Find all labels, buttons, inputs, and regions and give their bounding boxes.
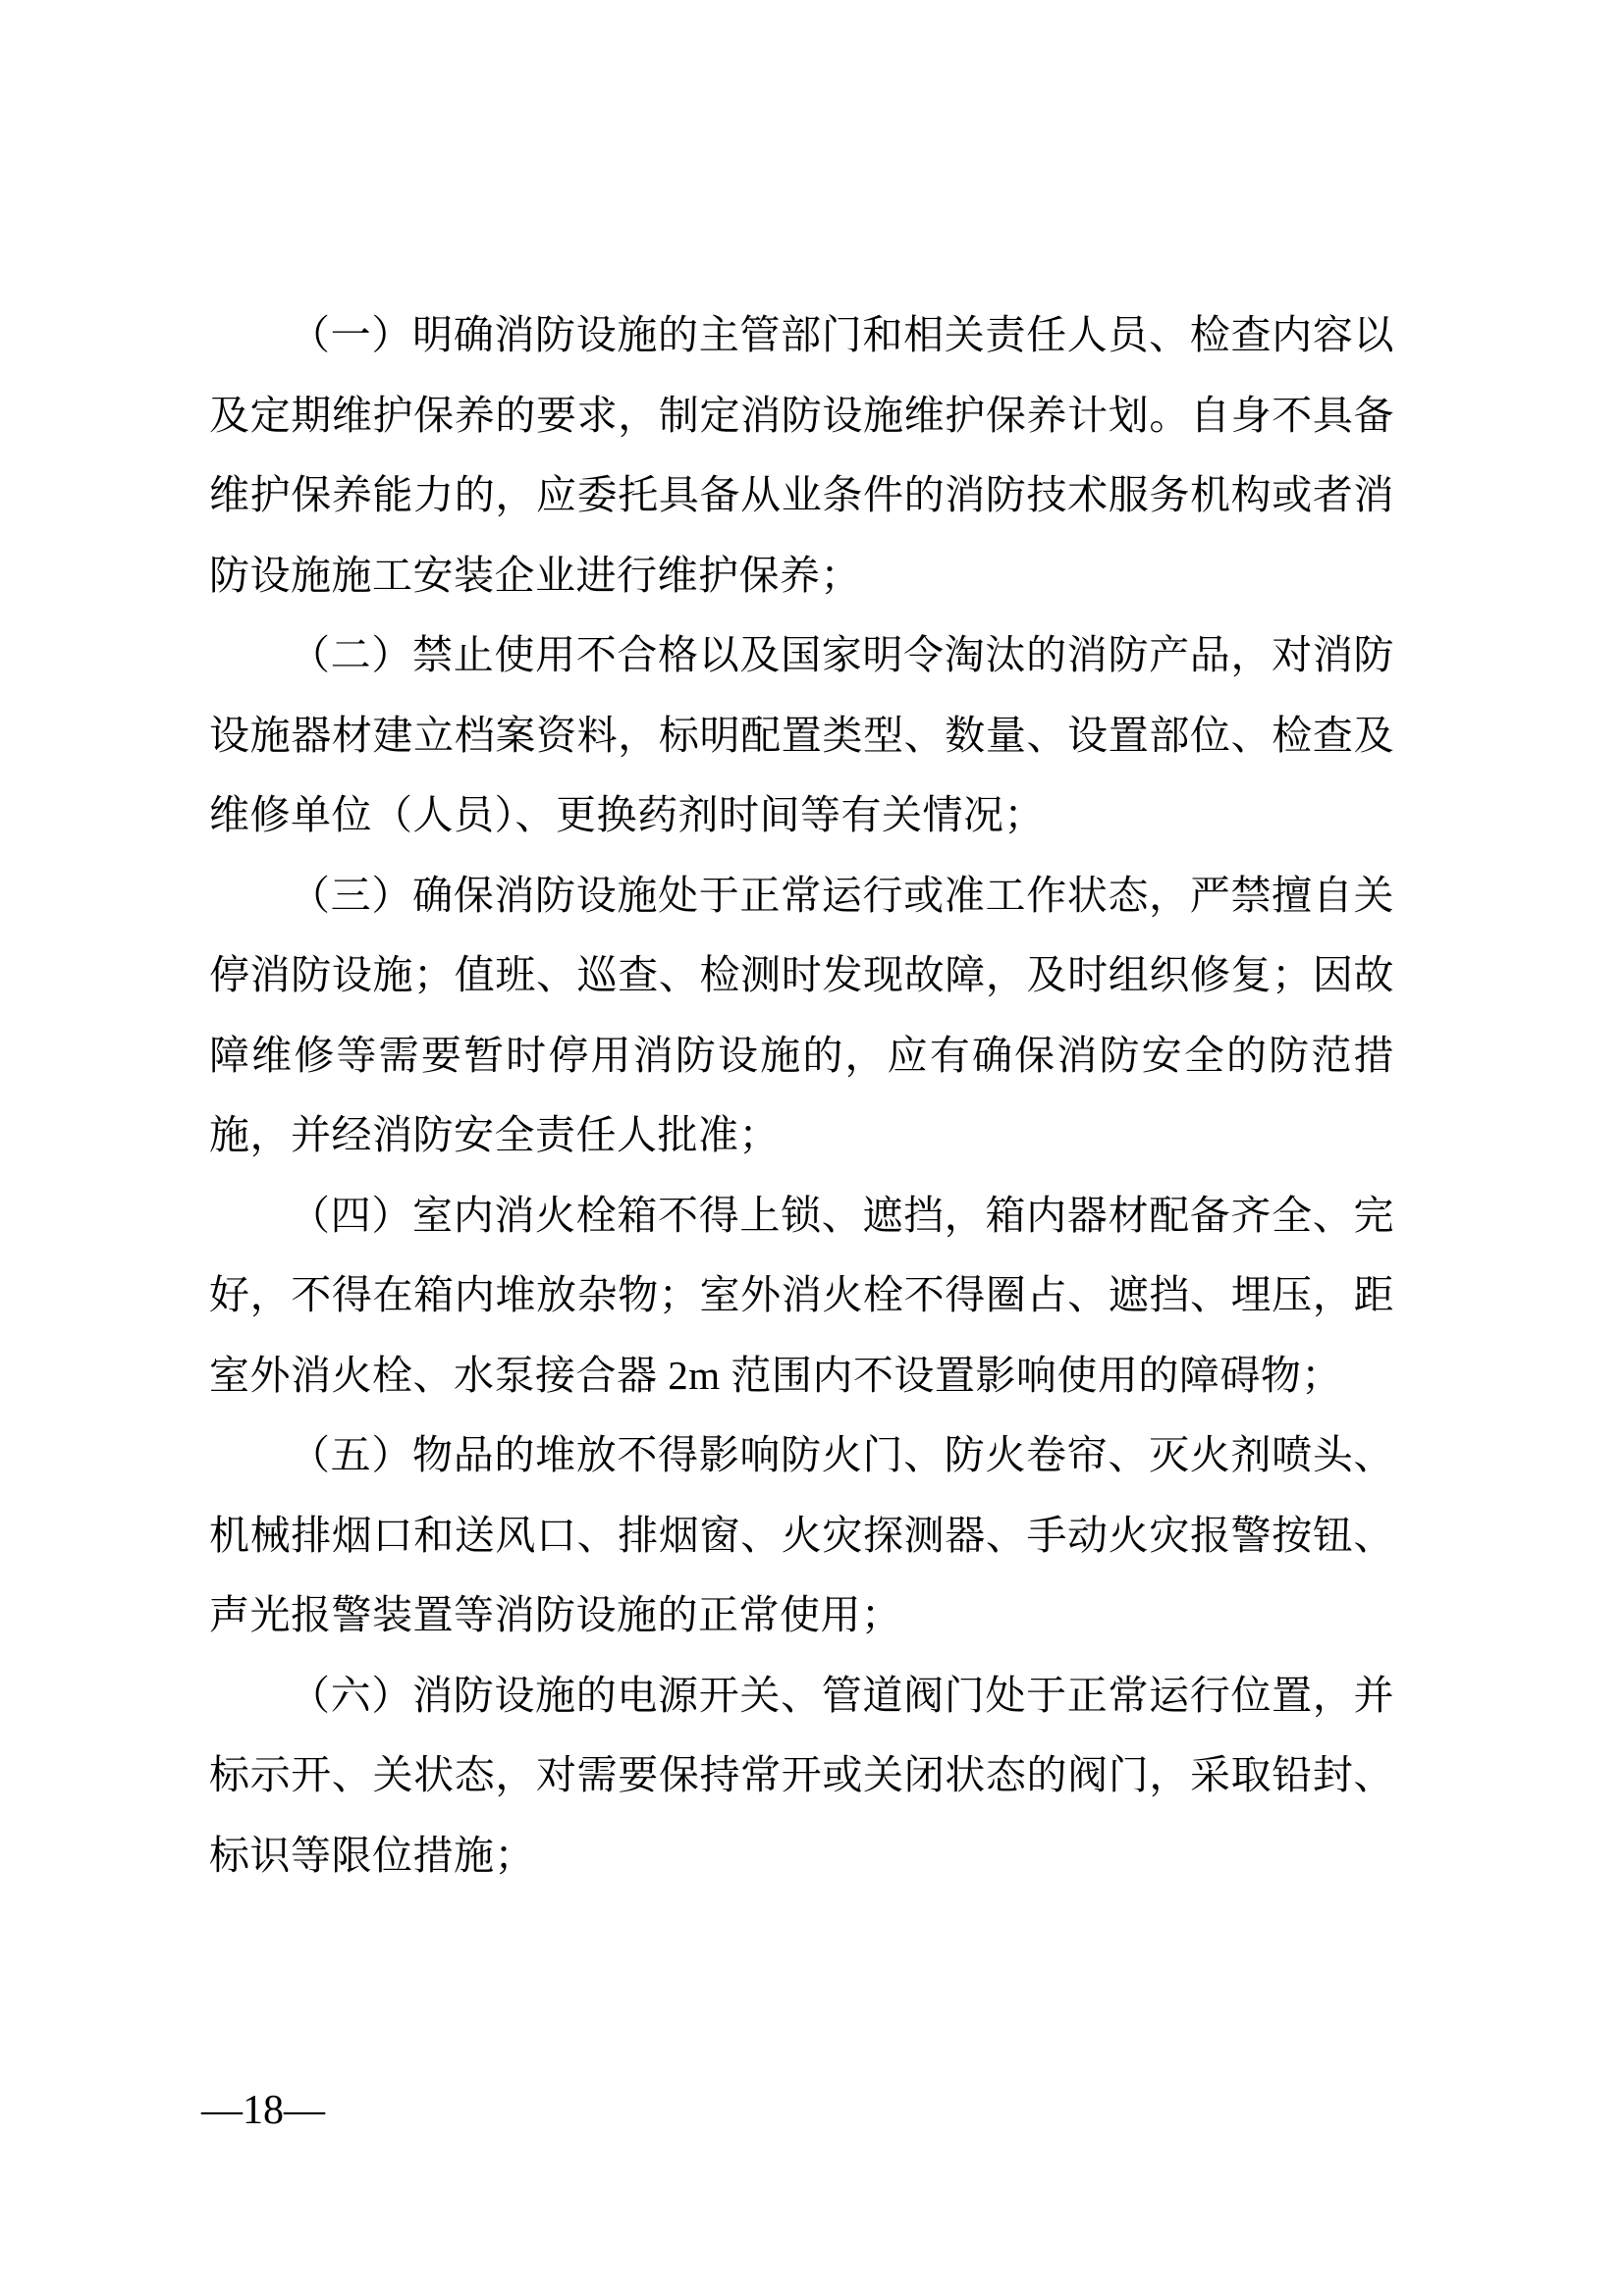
paragraph-item-1: （一）明确消防设施的主管部门和相关责任人员、检查内容以及定期维护保养的要求，制定…	[209, 295, 1394, 615]
paragraph-item-5: （五）物品的堆放不得影响防火门、防火卷帘、灭火剂喷头、机械排烟口和送风口、排烟窗…	[209, 1415, 1394, 1656]
paragraph-item-2: （二）禁止使用不合格以及国家明令淘汰的消防产品，对消防设施器材建立档案资料，标明…	[209, 615, 1394, 856]
page-number: —18—	[201, 2087, 325, 2134]
document-page: （一）明确消防设施的主管部门和相关责任人员、检查内容以及定期维护保养的要求，制定…	[0, 0, 1624, 2296]
paragraph-item-6: （六）消防设施的电源开关、管道阀门处于正常运行位置，并标示开、关状态，对需要保持…	[209, 1656, 1394, 1896]
paragraph-item-4: （四）室内消火栓箱不得上锁、遮挡，箱内器材配备齐全、完好，不得在箱内堆放杂物；室…	[209, 1176, 1394, 1416]
paragraph-item-3: （三）确保消防设施处于正常运行或准工作状态，严禁擅自关停消防设施；值班、巡查、检…	[209, 856, 1394, 1176]
document-body: （一）明确消防设施的主管部门和相关责任人员、检查内容以及定期维护保养的要求，制定…	[209, 295, 1394, 1896]
